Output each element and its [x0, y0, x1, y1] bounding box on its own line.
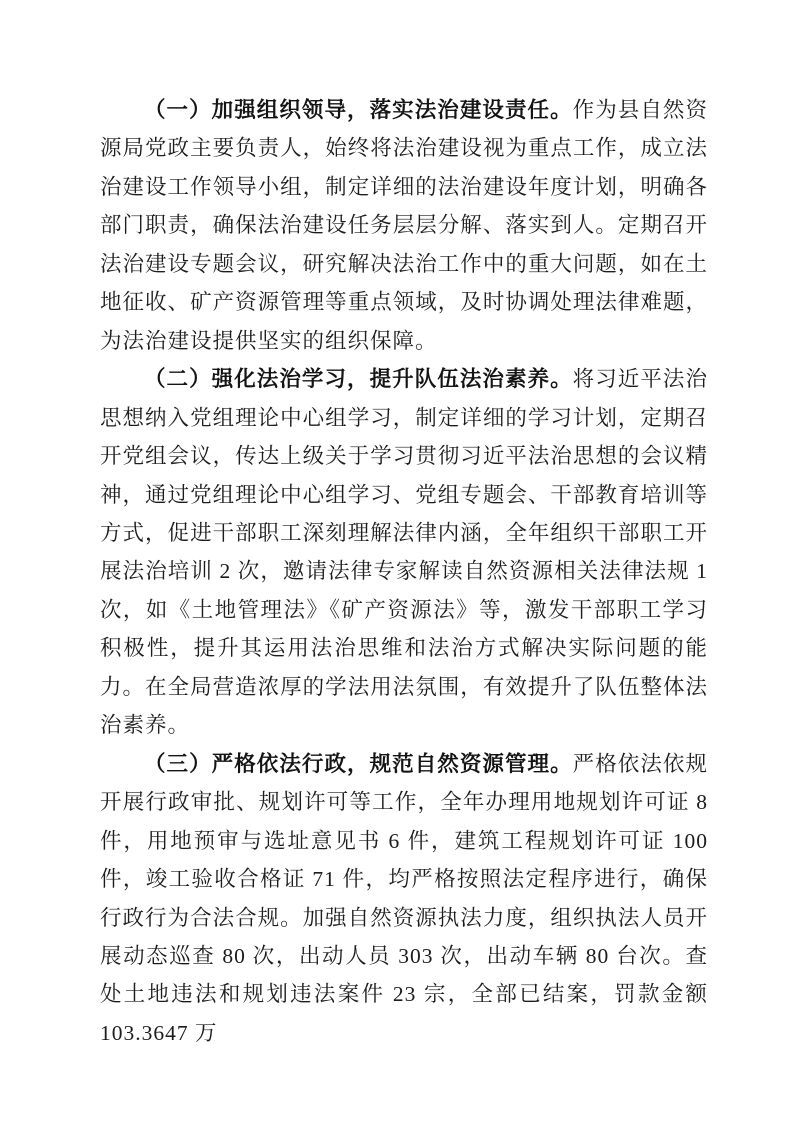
- paragraph-2-heading: （二）强化法治学习，提升队伍法治素养。: [144, 367, 573, 391]
- paragraph-1-body: 作为县自然资源局党政主要负责人，始终将法治建设视为重点工作，成立法治建设工作领导…: [100, 98, 708, 353]
- paragraph-3-heading: （三）严格依法行政，规范自然资源管理。: [144, 752, 573, 776]
- paragraph-2-body: 将习近平法治思想纳入党组理论中心组学习，制定详细的学习计划，定期召开党组会议，传…: [100, 367, 708, 737]
- paragraph-2: （二）强化法治学习，提升队伍法治素养。将习近平法治思想纳入党组理论中心组学习，制…: [100, 360, 708, 745]
- document-content: （一）加强组织领导，落实法治建设责任。作为县自然资源局党政主要负责人，始终将法治…: [100, 91, 708, 1052]
- paragraph-1: （一）加强组织领导，落实法治建设责任。作为县自然资源局党政主要负责人，始终将法治…: [100, 91, 708, 360]
- document-page: （一）加强组织领导，落实法治建设责任。作为县自然资源局党政主要负责人，始终将法治…: [0, 0, 793, 1122]
- paragraph-3-body: 严格依法依规开展行政审批、规划许可等工作，全年办理用地规划许可证 8 件，用地预…: [100, 752, 708, 1045]
- paragraph-3: （三）严格依法行政，规范自然资源管理。严格依法依规开展行政审批、规划许可等工作，…: [100, 745, 708, 1053]
- paragraph-1-heading: （一）加强组织领导，落实法治建设责任。: [144, 98, 573, 122]
